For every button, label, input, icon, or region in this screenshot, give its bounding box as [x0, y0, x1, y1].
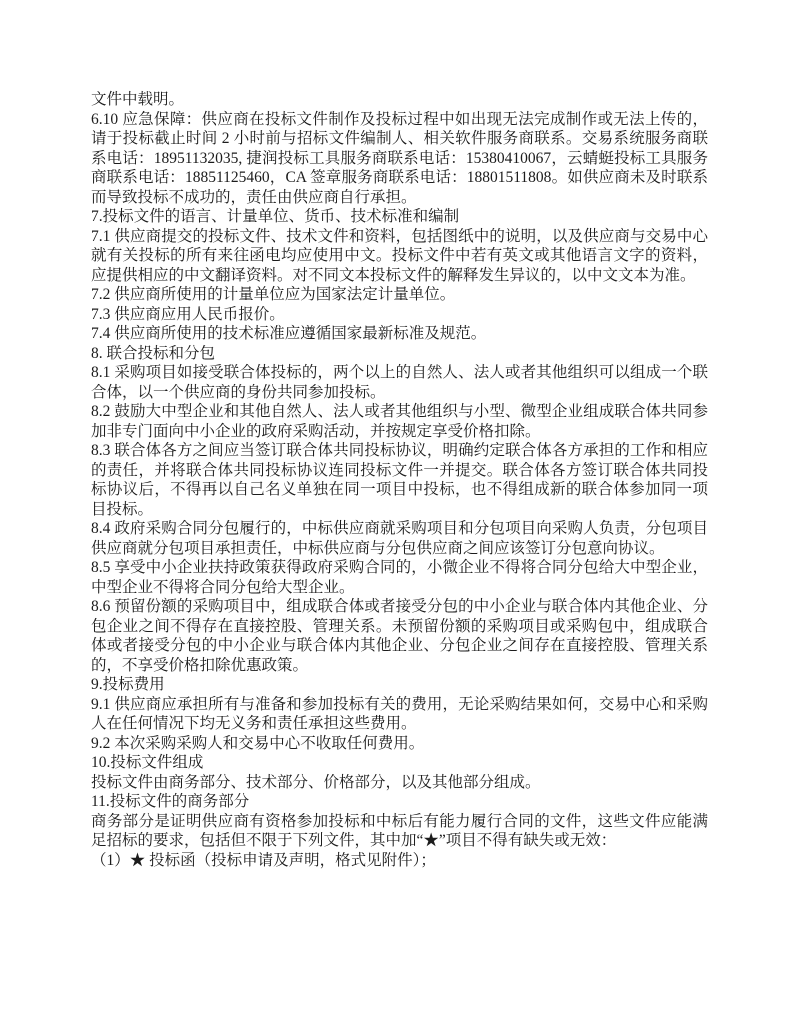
heading-section-7: 7.投标文件的语言、计量单位、货币、技术标准和编制 [91, 207, 708, 227]
heading-section-8: 8. 联合投标和分包 [91, 344, 708, 364]
paragraph-section-11-body: 商务部分是证明供应商有资格参加投标和中标后有能力履行合同的文件，这些文件应能满足… [91, 812, 708, 851]
paragraph-clause-8-2: 8.2 鼓励大中型企业和其他自然人、法人或者其他组织与小型、微型企业组成联合体共… [91, 402, 708, 441]
paragraph-clause-7-3: 7.3 供应商应用人民币报价。 [91, 305, 708, 325]
paragraph-clause-8-6: 8.6 预留份额的采购项目中，组成联合体或者接受分包的中小企业与联合体内其他企业… [91, 597, 708, 675]
heading-section-10: 10.投标文件组成 [91, 753, 708, 773]
paragraph-clause-8-1: 8.1 采购项目如接受联合体投标的，两个以上的自然人、法人或者其他组织可以组成一… [91, 363, 708, 402]
paragraph-clause-8-3: 8.3 联合体各方之间应当签订联合体共同投标协议，明确约定联合体各方承担的工作和… [91, 441, 708, 519]
paragraph-clause-8-4: 8.4 政府采购合同分包履行的，中标供应商就采购项目和分包项目向采购人负责，分包… [91, 519, 708, 558]
paragraph-clause-9-1: 9.1 供应商应承担所有与准备和参加投标有关的费用，无论采购结果如何，交易中心和… [91, 695, 708, 734]
heading-section-11: 11.投标文件的商务部分 [91, 792, 708, 812]
heading-section-9: 9.投标费用 [91, 675, 708, 695]
paragraph-clause-9-2: 9.2 本次采购采购人和交易中心不收取任何费用。 [91, 734, 708, 754]
paragraph-list-item-1: （1）★ 投标函（投标申请及声明，格式见附件）； [91, 851, 708, 871]
paragraph-clause-6-10: 6.10 应急保障：供应商在投标文件制作及投标过程中如出现无法完成制作或无法上传… [91, 110, 708, 208]
paragraph-clause-7-4: 7.4 供应商所使用的技术标准应遵循国家最新标准及规范。 [91, 324, 708, 344]
document-page: 文件中载明。 6.10 应急保障：供应商在投标文件制作及投标过程中如出现无法完成… [91, 90, 708, 870]
paragraph-clause-7-2: 7.2 供应商所使用的计量单位应为国家法定计量单位。 [91, 285, 708, 305]
paragraph-clause-7-1: 7.1 供应商提交的投标文件、技术文件和资料，包括图纸中的说明，以及供应商与交易… [91, 227, 708, 286]
paragraph-continuation: 文件中载明。 [91, 90, 708, 110]
paragraph-section-10-body: 投标文件由商务部分、技术部分、价格部分，以及其他部分组成。 [91, 773, 708, 793]
paragraph-clause-8-5: 8.5 享受中小企业扶持政策获得政府采购合同的，小微企业不得将合同分包给大中型企… [91, 558, 708, 597]
